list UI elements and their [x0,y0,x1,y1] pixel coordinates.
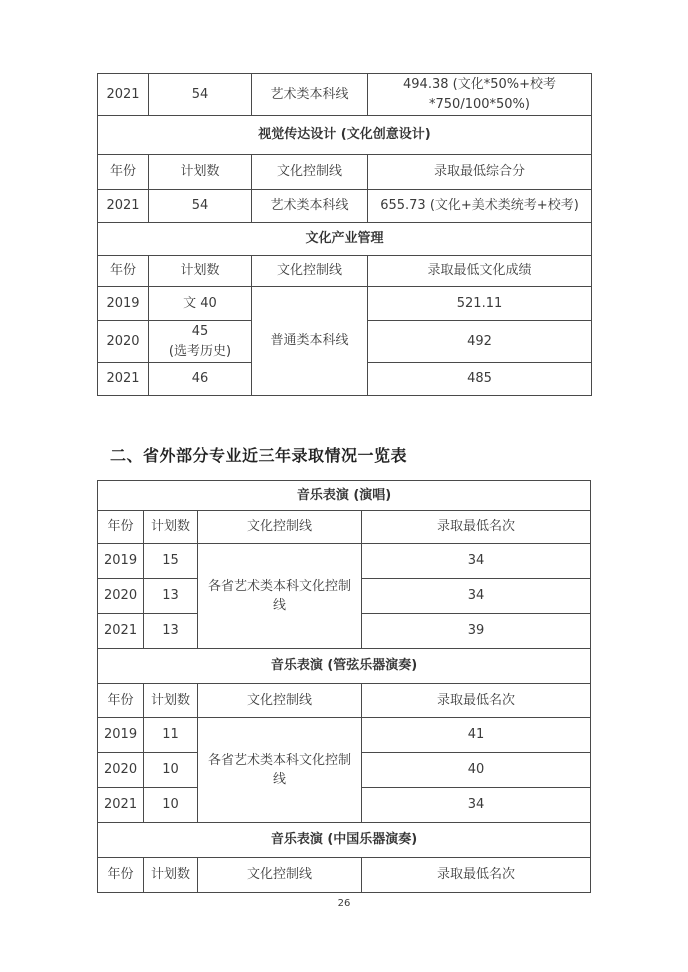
table-section-row: 文化产业管理 [98,223,592,256]
rank-cell: 34 [362,788,591,823]
table-section-row: 音乐表演 (演唱) [98,481,591,511]
year-cell: 2019 [98,544,144,579]
control-line-cell: 艺术类本科线 [252,74,368,116]
section-heading: 二、省外部分专业近三年录取情况一览表 [110,443,407,466]
column-header: 文化控制线 [198,511,362,544]
column-header: 文化控制线 [198,858,362,893]
column-header: 录取最低文化成绩 [368,256,592,287]
table-header-row: 年份 计划数 文化控制线 录取最低名次 [98,858,591,893]
rank-cell: 40 [362,753,591,788]
column-header: 录取最低综合分 [368,155,592,190]
score-cell: 521.11 [368,287,592,321]
column-header: 年份 [98,511,144,544]
column-header: 文化控制线 [252,155,368,190]
admission-table-province: 2021 54 艺术类本科线 494.38 (文化*50%+校考 *750/10… [97,73,592,396]
score-cell: 485 [368,363,592,396]
table-section-title: 音乐表演 (管弦乐器演奏) [98,649,591,684]
rank-cell: 39 [362,614,591,649]
table-header-row: 年份 计划数 文化控制线 录取最低综合分 [98,155,592,190]
table-row: 2021 54 艺术类本科线 494.38 (文化*50%+校考 *750/10… [98,74,592,116]
plan-cell: 文 40 [149,287,252,321]
column-header: 计划数 [149,155,252,190]
admission-table-out-of-province: 音乐表演 (演唱) 年份 计划数 文化控制线 录取最低名次 2019 15 各省… [97,480,591,893]
table-row: 2019 15 各省艺术类本科文化控制线 34 [98,544,591,579]
plan-cell: 13 [144,614,198,649]
table-section-row: 视觉传达设计 (文化创意设计) [98,116,592,155]
column-header: 年份 [98,256,149,287]
year-cell: 2019 [98,718,144,753]
table-row: 2019 文 40 普通类本科线 521.11 [98,287,592,321]
score-cell: 655.73 (文化+美术类统考+校考) [368,190,592,223]
plan-cell: 10 [144,788,198,823]
year-cell: 2019 [98,287,149,321]
column-header: 文化控制线 [252,256,368,287]
table-section-row: 音乐表演 (管弦乐器演奏) [98,649,591,684]
plan-cell: 54 [149,74,252,116]
column-header: 录取最低名次 [362,858,591,893]
year-cell: 2021 [98,363,149,396]
column-header: 录取最低名次 [362,684,591,718]
year-cell: 2020 [98,753,144,788]
control-line-merged-cell: 各省艺术类本科文化控制线 [198,544,362,649]
column-header: 计划数 [144,684,198,718]
table-header-row: 年份 计划数 文化控制线 录取最低名次 [98,511,591,544]
column-header: 计划数 [144,511,198,544]
control-line-merged-cell: 各省艺术类本科文化控制线 [198,718,362,823]
plan-cell: 13 [144,579,198,614]
control-line-merged-cell: 普通类本科线 [252,287,368,396]
page-number: 26 [0,898,688,909]
year-cell: 2021 [98,614,144,649]
score-cell: 492 [368,321,592,363]
table-header-row: 年份 计划数 文化控制线 录取最低名次 [98,684,591,718]
score-cell: 494.38 (文化*50%+校考 *750/100*50%) [368,74,592,116]
rank-cell: 34 [362,544,591,579]
column-header: 计划数 [144,858,198,893]
table-row: 2019 11 各省艺术类本科文化控制线 41 [98,718,591,753]
rank-cell: 41 [362,718,591,753]
year-cell: 2021 [98,190,149,223]
plan-cell: 54 [149,190,252,223]
year-cell: 2020 [98,321,149,363]
plan-cell: 46 [149,363,252,396]
table-section-title: 视觉传达设计 (文化创意设计) [98,116,592,155]
column-header: 计划数 [149,256,252,287]
table-section-title: 音乐表演 (中国乐器演奏) [98,823,591,858]
plan-cell: 11 [144,718,198,753]
table-row: 2021 54 艺术类本科线 655.73 (文化+美术类统考+校考) [98,190,592,223]
table-section-row: 音乐表演 (中国乐器演奏) [98,823,591,858]
table-section-title: 音乐表演 (演唱) [98,481,591,511]
year-cell: 2021 [98,74,149,116]
table-section-title: 文化产业管理 [98,223,592,256]
year-cell: 2021 [98,788,144,823]
plan-cell: 45 (选考历史) [149,321,252,363]
rank-cell: 34 [362,579,591,614]
year-cell: 2020 [98,579,144,614]
document-page: 2021 54 艺术类本科线 494.38 (文化*50%+校考 *750/10… [0,0,688,972]
column-header: 文化控制线 [198,684,362,718]
plan-cell: 10 [144,753,198,788]
column-header: 年份 [98,155,149,190]
plan-cell: 15 [144,544,198,579]
control-line-cell: 艺术类本科线 [252,190,368,223]
table-header-row: 年份 计划数 文化控制线 录取最低文化成绩 [98,256,592,287]
column-header: 录取最低名次 [362,511,591,544]
column-header: 年份 [98,684,144,718]
column-header: 年份 [98,858,144,893]
